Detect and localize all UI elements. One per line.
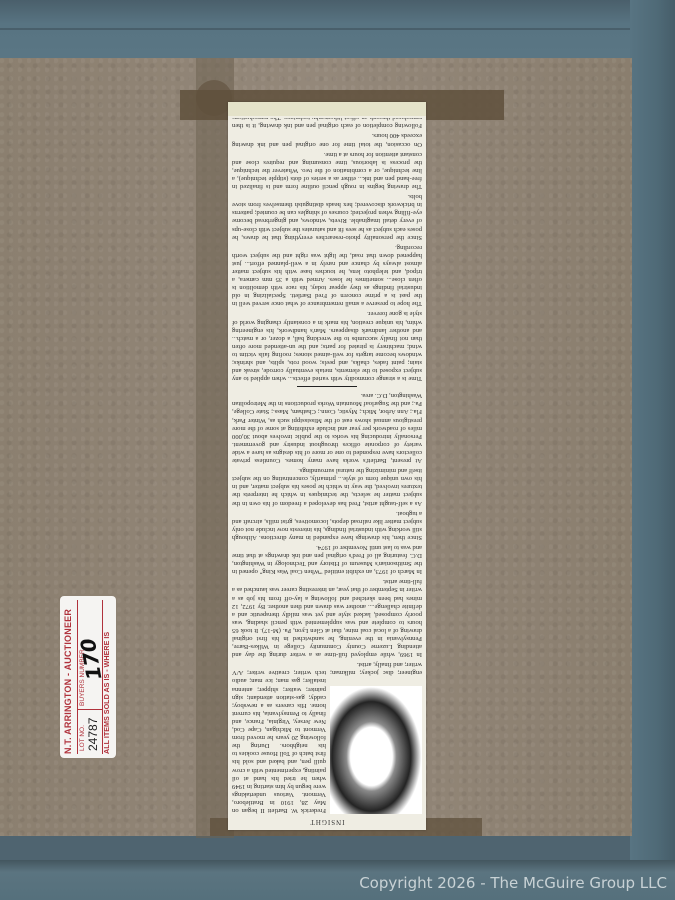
frame-groove (0, 28, 675, 30)
article-paragraph: In 1969, while employed full-time as a w… (232, 577, 422, 658)
article-paragraph: The hope to preserve a small remembrance… (232, 243, 422, 308)
section-divider (297, 386, 357, 387)
clipping-top-margin (228, 102, 426, 116)
article-paragraph: In March of 1973, an exhibit entitled "W… (232, 543, 422, 575)
lot-box: LOT NO. 24787 (78, 709, 102, 754)
lot-number: 24787 (86, 718, 100, 751)
auction-lot-label: N.T. ARRINGTON - AUCTIONEER LOT NO. 2478… (60, 596, 116, 758)
label-number-row: LOT NO. 24787 BUYERS NUMBER 170 (77, 600, 103, 754)
clipping-content-upside-down: INSIGHT Frederick W. Bartlett II began o… (232, 118, 422, 828)
sale-disclaimer: ALL ITEMS SOLD AS IS - WHERE IS (102, 600, 111, 754)
newspaper-clipping: INSIGHT Frederick W. Bartlett II began o… (228, 102, 426, 830)
article-paragraph: As a self-taught artist, Fred has develo… (232, 466, 422, 506)
frame-right-edge (630, 0, 675, 900)
section-label: INSIGHT (232, 818, 422, 826)
lot-number-label: LOT NO. (79, 725, 86, 751)
article-paragraph: Time is a strange commodity with varied … (232, 309, 422, 382)
article-paragraph: Following completion of each original pe… (232, 118, 422, 129)
article-paragraph: Since then, his drawings have expanded i… (232, 509, 422, 541)
article-paragraph: On occasion, the total time for one orig… (232, 131, 422, 147)
auctioneer-name: N.T. ARRINGTON - AUCTIONEER (63, 600, 77, 754)
article-paragraph: The drawing begins in rough pencil outli… (232, 150, 422, 190)
frame-top-edge (0, 0, 675, 60)
article-paragraph: Since the personality photo-researches e… (232, 192, 422, 241)
copyright-watermark: Copyright 2026 - The McGuire Group LLC (359, 874, 667, 892)
artist-portrait-photo (330, 686, 422, 814)
article-paragraph: At present, Bartlett's works have many h… (232, 391, 422, 464)
auction-label-content: N.T. ARRINGTON - AUCTIONEER LOT NO. 2478… (60, 596, 116, 758)
